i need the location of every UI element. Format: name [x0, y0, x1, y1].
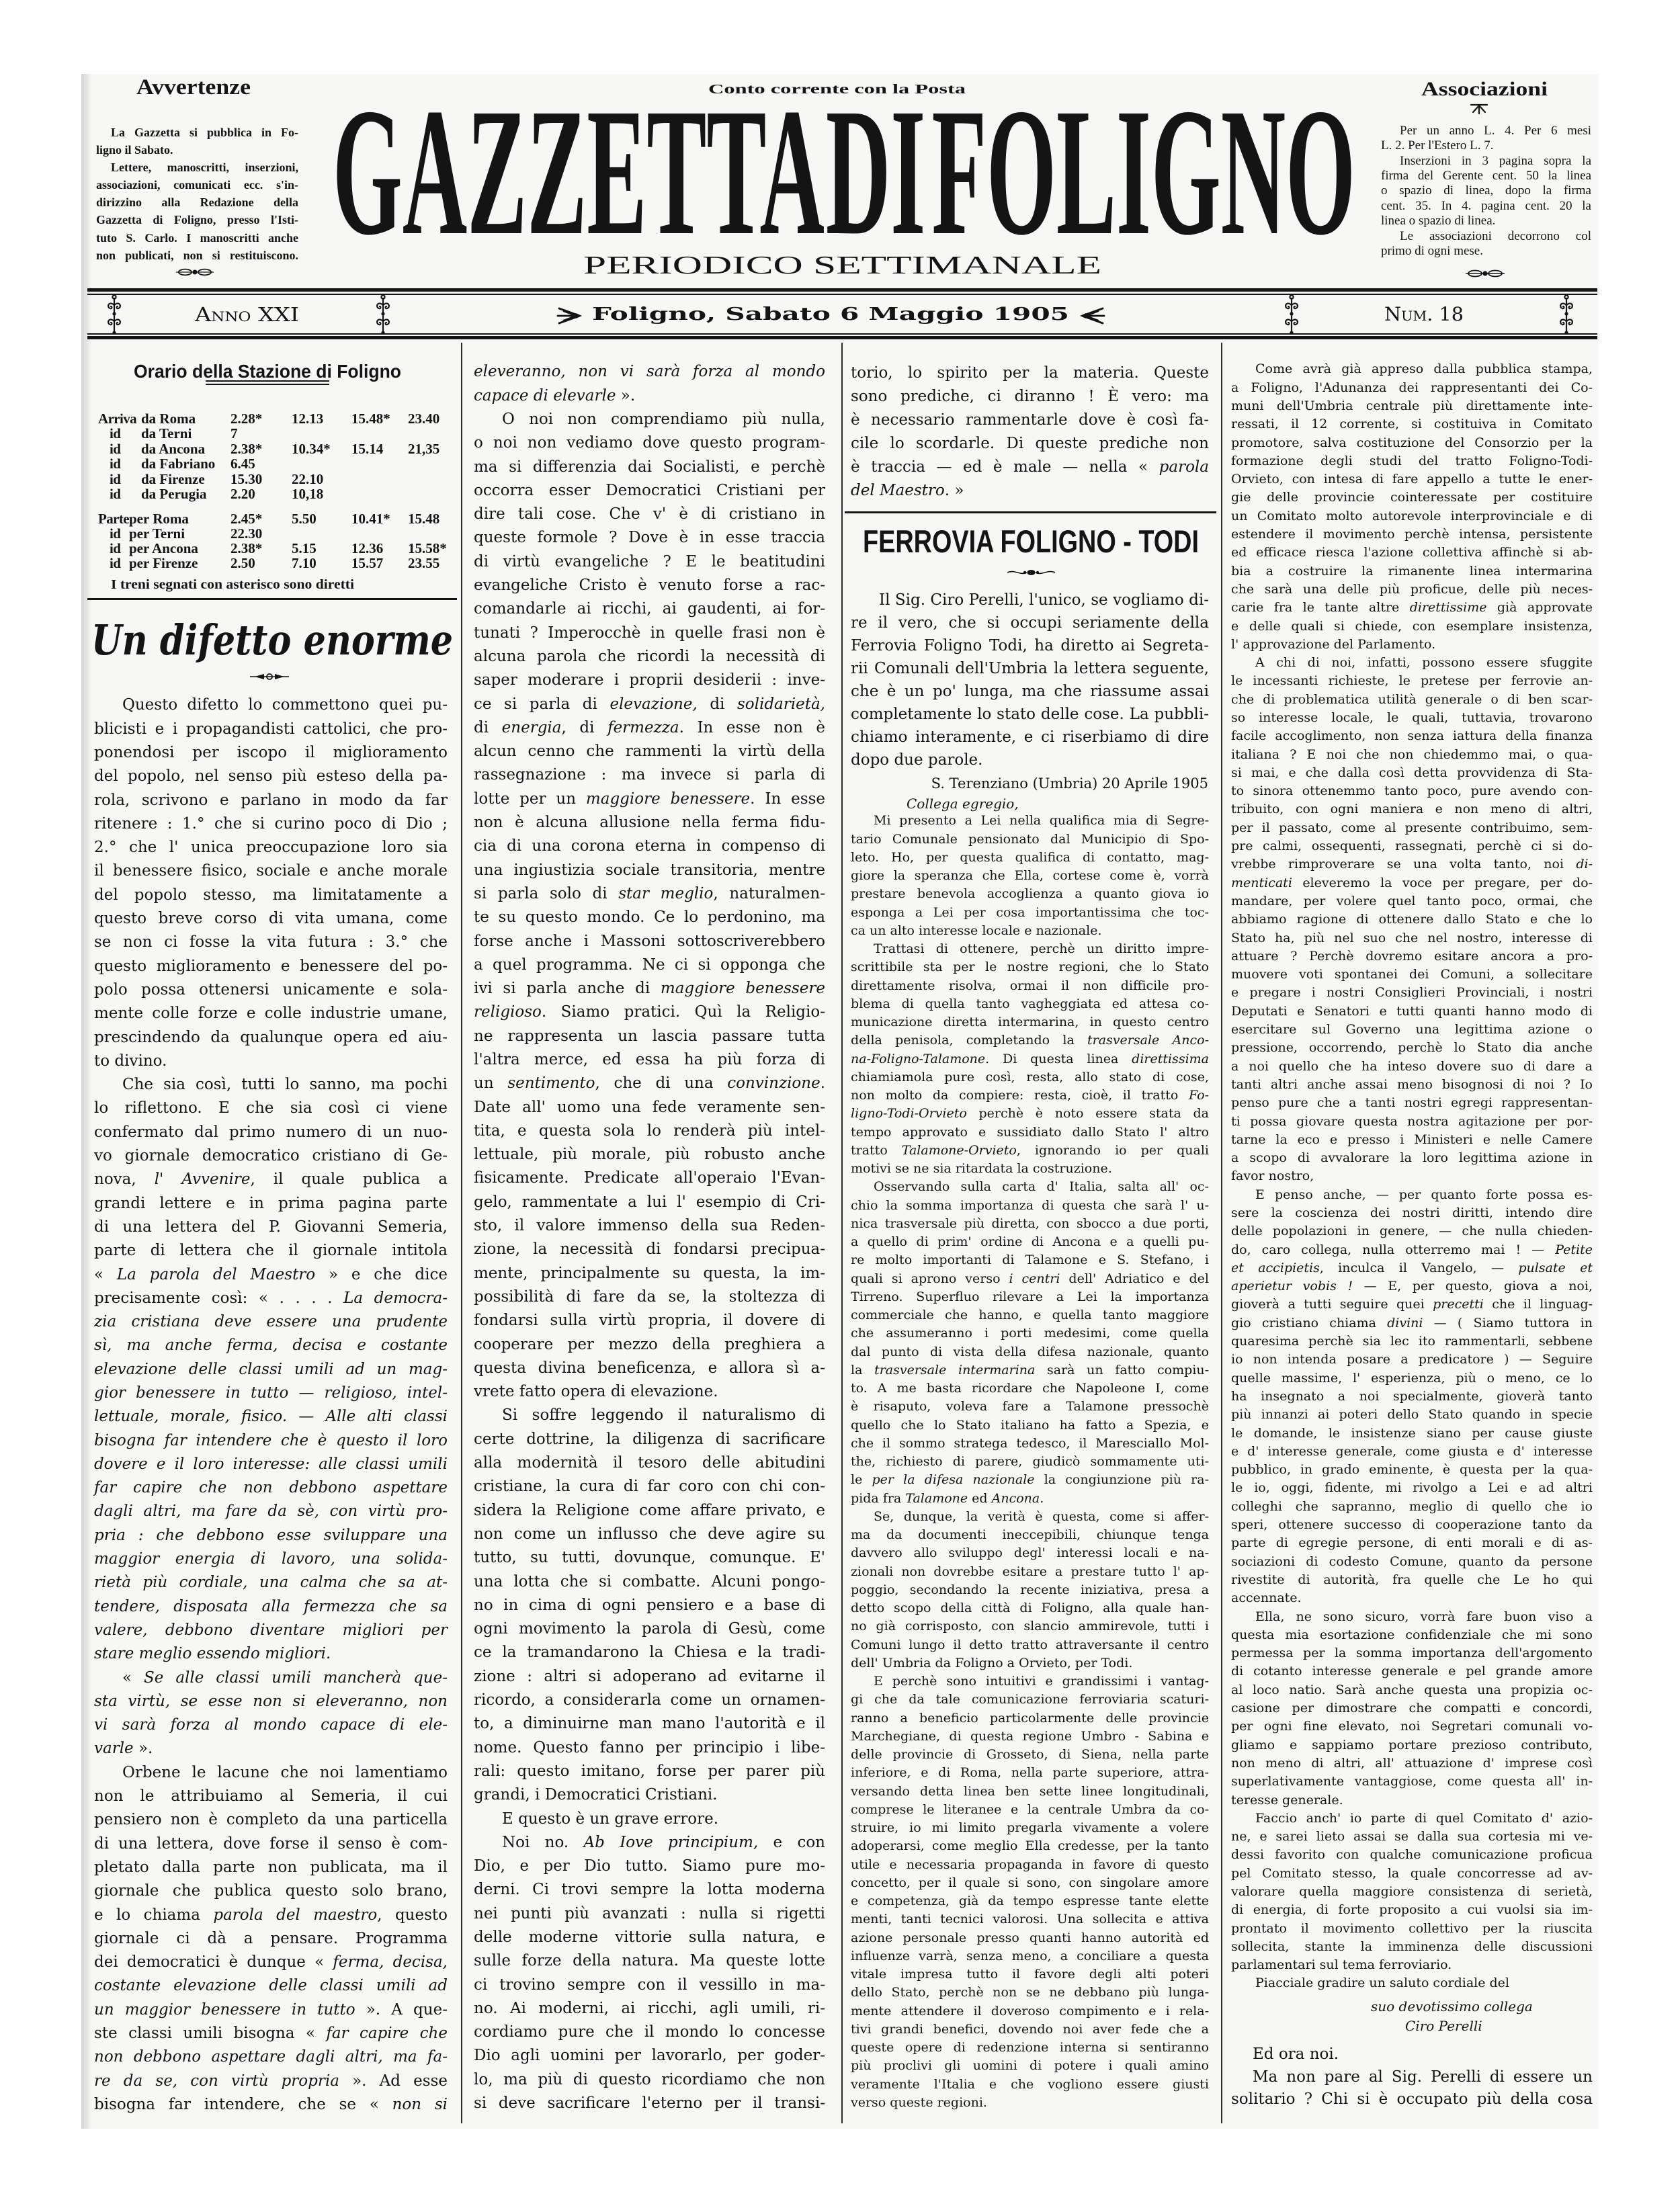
text-line: di cotanto interesse generale e pel gran… — [1231, 1662, 1593, 1681]
text-line: a quello di prim' ordine di Ancona e a q… — [851, 1233, 1209, 1251]
text-line: no in cima di ogni pensiero e a base di — [474, 1594, 825, 1617]
text-line: cia di una corona eterna in compenso di — [474, 835, 825, 858]
article-headline: Un difetto enorme — [91, 620, 520, 661]
timetable-label: id — [110, 526, 120, 542]
text-line: questo miglioramento e benessere del po- — [94, 955, 448, 978]
text-line: Che sia così, tutti lo sanno, ma pochi — [94, 1073, 448, 1097]
letter-place-date-text: S. Terenziano (Umbria) 20 Aprile 1905 — [931, 775, 1208, 792]
text-line: sulle forze della natura. Ma queste lott… — [474, 1949, 825, 1973]
text-line: lo riflettono. E che sia così ci viene — [94, 1097, 448, 1120]
text-line: torio, lo spirito per la materia. Queste — [851, 362, 1209, 385]
text-line: mente, principalmente su questa, la im- — [474, 1262, 825, 1285]
text-line: confermato dal primo numero di un nuo- — [94, 1121, 448, 1144]
issue-number-text: Num. 18 — [1384, 305, 1464, 324]
text-line: attuare ? Perchè dovremo esitare ancora … — [1231, 947, 1593, 966]
text-line: far capire che non debbono aspettare — [94, 1476, 448, 1500]
text-line: La Gazzetta si pubblica in Fo- — [96, 124, 298, 141]
subscriptions-title-text: Associazioni — [1421, 79, 1548, 99]
text-line: gio cristiano chiama divini — ( Siamo tu… — [1231, 1314, 1593, 1332]
text-line: the, richiesto di parere, giudicò sommam… — [851, 1453, 1209, 1471]
text-line: elevazione delle classi umili ad un mag- — [94, 1358, 448, 1382]
text-line: giore la speranza che Ella, cortese come… — [851, 867, 1209, 885]
issue-date-text: Foligno, Sabato 6 Maggio 1905 — [592, 306, 1069, 323]
text-line: davvero allo sviluppo degl' interessi lo… — [851, 1544, 1209, 1562]
text-line: io non intenda posare a predicatore ) — … — [1231, 1351, 1593, 1369]
text-line: a quel programma. Ne ci si opponga che — [474, 953, 825, 977]
text-line: L. 2. Per l'Estero L. 7. — [1381, 138, 1591, 153]
text-line: A chi di noi, infatti, possono essere sf… — [1231, 654, 1593, 672]
text-line: cent. 35. In 4. pagina cent. 20 la — [1381, 199, 1591, 214]
text-line: Per un anno L. 4. Per 6 mesi — [1381, 124, 1591, 138]
text-line: menti, tanti tecnici valorosi. Una solle… — [851, 1910, 1209, 1928]
timetable-time: 2.45* — [230, 511, 262, 527]
text-line: dello Stato, perchè non se ne debbano pi… — [851, 1984, 1209, 2002]
text-line: prontato il movimento collettivo per la … — [1231, 1920, 1593, 1938]
timetable-label: id — [110, 556, 120, 571]
text-line: ponendosi per iscopo il miglioramento — [94, 741, 448, 765]
text-line: influenze varrà, senza meno, a conciliar… — [851, 1947, 1209, 1965]
text-line: no già corrisposto, con slancio ammirevo… — [851, 1617, 1209, 1636]
timetable-time: 2.28* — [230, 411, 262, 427]
text-line: Questo difetto lo commettono quei pu- — [94, 693, 448, 717]
text-line: a scopo di avvalorare la loro legittima … — [1231, 1149, 1593, 1167]
text-line: questo breve corso di vita umana, come — [94, 907, 448, 931]
timetable-label: Arriva — [98, 411, 136, 427]
text-line: blema di quella tanto vagheggiata ed att… — [851, 995, 1209, 1013]
text-line: re molto importanti di Talamone e S. Ste… — [851, 1251, 1209, 1269]
text-line: leto. Ho, per questa qualifica di contat… — [851, 849, 1209, 867]
text-line: e d' interesse generale, come giusta e d… — [1231, 1443, 1593, 1461]
timetable-time: 15.58* — [408, 541, 447, 556]
text-line: vi sarà forza al mondo capace di ele- — [94, 1713, 448, 1737]
timetable-station: per Roma — [129, 511, 189, 527]
text-line: quello che lo Stato italiano ha fatto a … — [851, 1416, 1209, 1435]
text-line: ca un alto interesse locale e nazionale. — [851, 922, 1209, 940]
text-line: Stato ha, più nel suo che nel nostro, in… — [1231, 929, 1593, 947]
text-line: l'altra merce, ed essa ha più forza di — [474, 1048, 825, 1072]
text-line: non debbono aspettare dagli altri, ma fa… — [94, 2045, 448, 2069]
text-line: e competenza, già da tempo espresse tant… — [851, 1892, 1209, 1910]
text-line: Deputati e Senatori e tutti quanti hanno… — [1231, 1003, 1593, 1021]
text-line: fondarsi sulla virtù propria, il dovere … — [474, 1309, 825, 1332]
text-line: evangeliche Cristo è venuto forse a rac- — [474, 574, 825, 597]
text-line: per il passato, come al presente contrib… — [1231, 819, 1593, 837]
text-line: una ingiustizia sociale transitoria, men… — [474, 859, 825, 882]
timetable-label: id — [110, 472, 120, 487]
text-line: nova, l' Avvenire, il quale publica a — [94, 1168, 448, 1191]
text-line: chiamiamola pure così, resta, allo stato… — [851, 1068, 1209, 1087]
text-line: tunati ? Imperocchè in quelle frasi non … — [474, 622, 825, 645]
text-line: ricordo, a considerarla come un ornamen- — [474, 1689, 825, 1712]
text-line: se non ci fosse la vita futura : 3.° che — [94, 931, 448, 954]
text-line: cristiane, la cura di far coro con chi c… — [474, 1475, 825, 1498]
text-line: delle popolazioni in genere, — che nulla… — [1231, 1222, 1593, 1240]
text-line: sto, il valore immenso della sua Reden- — [474, 1214, 825, 1238]
text-line: nei punti più avanzati : nulla si rigett… — [474, 1902, 825, 1926]
text-line: grandi, i Democratici Cristiani. — [474, 1783, 825, 1807]
text-line: poggio, secondando la recente iniziativa… — [851, 1581, 1209, 1599]
text-line: pensiero non è completo da una particell… — [94, 1808, 448, 1832]
timetable-row: idda Fabriano6.45 — [98, 456, 454, 472]
text-line: zia cristiana deve essere una prudente — [94, 1310, 448, 1334]
text-line: motivi se ne sia ritardata la costruzion… — [851, 1160, 1209, 1178]
text-line: Mi presento a Lei nella qualifica mia di… — [851, 812, 1209, 830]
text-line: zione : altri si adoperano ad evitarne i… — [474, 1665, 825, 1689]
timetable-time: 2.38* — [230, 541, 262, 556]
timetable-bottom-rule — [87, 598, 457, 600]
scroll-pillar-ornament-icon — [1283, 294, 1300, 335]
text-line: tutto, su tutti, dovunque, comunque. E' — [474, 1546, 825, 1570]
timetable-title-rule — [206, 384, 329, 385]
text-line: alcuna parola che ricordi la necessità d… — [474, 645, 825, 669]
text-line: menticati eleveremo la voce per pregare,… — [1231, 874, 1593, 892]
text-line: nome. Questo fanno per principio i libe- — [474, 1736, 825, 1760]
text-line: Ma non pare al Sig. Perelli di essere un — [1231, 2066, 1593, 2089]
text-line: prestare benevola accoglienza a quanto g… — [851, 885, 1209, 903]
text-line: parte di egregie persone, di enti morali… — [1231, 1534, 1593, 1552]
text-line: gliamo e sappiamo portare prezioso contr… — [1231, 1736, 1593, 1754]
text-line: penso pure che a tanti nostri egregi rap… — [1231, 1094, 1593, 1112]
subscriptions-body: Per un anno L. 4. Per 6 mesiL. 2. Per l'… — [1381, 124, 1591, 259]
issue-date: Foligno, Sabato 6 Maggio 1905 — [592, 306, 896, 323]
timetable-row: idper Terni22.30 — [98, 526, 454, 542]
text-line: valere, debbono diventare migliori per — [94, 1619, 448, 1642]
text-line: firma del Gerente cent. 50 la linea — [1381, 169, 1591, 183]
ferrovia-afterword: Ed ora noi.Ma non pare al Sig. Perelli d… — [1231, 2043, 1593, 2111]
text-line: scrittibile sta per le nostre regioni, c… — [851, 958, 1209, 976]
text-line: al loco natio. Sarà anche questa una pro… — [1231, 1681, 1593, 1699]
text-line: ritenere : 1.° che si curino poco di Dio… — [94, 812, 448, 836]
text-line: dire tali cose. Che v' è di cristiano in — [474, 503, 825, 526]
text-line: ranno a beneficio particolarmente delle … — [851, 1709, 1209, 1728]
timetable-row: idda Perugia2.2010,18 — [98, 486, 454, 502]
text-line: estendere il movimento perchè intensa, p… — [1231, 525, 1593, 544]
text-line: si parla solo di star meglio, naturalmen… — [474, 882, 825, 906]
timetable-time: 12.13 — [292, 411, 323, 427]
letter-salutation-text: Collega egregio, — [907, 796, 1019, 812]
text-line: valorare quella maggiore consistenza di … — [1231, 1883, 1593, 1901]
text-line: formazione degli studi del tratto Folign… — [1231, 452, 1593, 470]
text-line: ed efficace riesca l'azione collettiva a… — [1231, 544, 1593, 562]
text-line: varle ». — [94, 1737, 448, 1760]
text-line: bisogna far intendere che è questo il lo… — [94, 1429, 448, 1453]
text-line: Ed ora noi. — [1231, 2043, 1593, 2066]
text-line: eleveranno, non vi sarà forza al mondo — [474, 360, 825, 384]
text-line: tario Comunale pensionato dal Municipio … — [851, 831, 1209, 849]
text-line: tarne la eco e presso i Ministeri e nell… — [1231, 1131, 1593, 1149]
text-line: pubblico, in grado eminente, è questa pe… — [1231, 1461, 1593, 1479]
text-line: di energia, di forte proposito a cui vuo… — [1231, 1901, 1593, 1919]
year-label-text: Anno XXI — [195, 305, 299, 325]
text-line: tribuito, con ogni maniera e non meno di… — [1231, 800, 1593, 818]
text-line: teresse generale. — [1231, 1791, 1593, 1810]
text-line: ligno-Todi-Orvieto perchè è noto essere … — [851, 1105, 1209, 1123]
year-label: Anno XXI — [195, 305, 285, 325]
dateline-bottom-thin-rule — [87, 333, 1597, 335]
timetable-label: id — [110, 426, 120, 441]
text-line: le io, oggi, fidente, mi rivolgo a Lei e… — [1231, 1479, 1593, 1497]
text-line: colleghi che sapranno, meglio di quello … — [1231, 1498, 1593, 1516]
text-line: accennate. — [1231, 1589, 1593, 1607]
text-line: un sentimento, che di una convinzione. — [474, 1072, 825, 1095]
text-line: alla modernità il tesoro delle abitudini — [474, 1451, 825, 1475]
asterism-ornament-icon — [1470, 103, 1488, 114]
text-line: possibilità di fare da se, la stoltezza … — [474, 1285, 825, 1309]
fan-ornament-left-icon — [556, 306, 583, 325]
text-line: Tirreno. Superfluo rilevare a Lei la imp… — [851, 1288, 1209, 1306]
text-line: religioso. Siamo pratici. Quì la Religio… — [474, 1001, 825, 1024]
text-line: Marchegiane, di questa regione Umbro - S… — [851, 1728, 1209, 1746]
text-line: Comuni lungo il detto tratto attraversan… — [851, 1636, 1209, 1654]
text-line: comprese le literanee e la centrale Umbr… — [851, 1801, 1209, 1819]
article-difetto-col2: eleveranno, non vi sarà forza al mondoca… — [474, 360, 825, 2115]
dateline-top-rule — [87, 288, 1597, 292]
text-line: dei democratici è dunque « ferma, decisa… — [94, 1951, 448, 1974]
text-line: dirizzino alla Redazione della — [96, 194, 298, 211]
text-line: quali si aprono verso i centri dell' Adr… — [851, 1270, 1209, 1288]
text-line: no. Ai moderni, ai ricchi, agli umili, r… — [474, 1997, 825, 2021]
text-line: ne rappresenta un lascia passare tutta — [474, 1025, 825, 1048]
text-line: che assumeranno i porti medesimi, come q… — [851, 1324, 1209, 1343]
text-line: cooperare per mezzo della preghiera a — [474, 1333, 825, 1357]
text-line: superlativamente vantaggiose, come quest… — [1231, 1773, 1593, 1791]
text-line: ma si differenzia dai Socialisti, e perc… — [474, 456, 825, 479]
text-line: ce la tramandarono la Chiesa e la tradi- — [474, 1641, 825, 1664]
text-line: tempo approvato e sussidiato dallo Stato… — [851, 1123, 1209, 1142]
text-line: completamente lo stato delle cose. La pu… — [851, 703, 1209, 726]
timetable-time: 21,35 — [408, 441, 439, 457]
text-line: ligno il Sabato. — [96, 141, 298, 159]
timetable-note: I treni segnati con asterisco sono diret… — [111, 577, 336, 592]
timetable-time: 7 — [230, 426, 238, 441]
text-line: forse anche i Massoni sottoscriverebbero — [474, 930, 825, 953]
text-line: E questo è un grave errore. — [474, 1808, 825, 1831]
text-line: il benessere fisico, sociale e anche mor… — [94, 859, 448, 883]
text-line: ha insegnato a noi specialmente, gioverà… — [1231, 1388, 1593, 1406]
text-line: Noi no. Ab Iove principium, e con — [474, 1831, 825, 1855]
timetable-row: idda Firenze15.3022.10 — [98, 472, 454, 487]
text-line: saper moderare i proprii desiderii : inv… — [474, 669, 825, 692]
text-line: facile accoglimento, non senza iattura d… — [1231, 727, 1593, 745]
text-line: di una lettera, dove forse il senso è co… — [94, 1832, 448, 1856]
text-line: dal punto di vista della difesa nazional… — [851, 1343, 1209, 1361]
timetable-row: idper Firenze2.507.1015.5723.55 — [98, 556, 454, 571]
masthead-subtitle: PERIODICO SETTIMANALE — [583, 253, 905, 278]
timetable-station: da Roma — [141, 411, 196, 427]
timetable-time: 5.15 — [292, 541, 317, 556]
text-line: Le associazioni decorrono col — [1381, 229, 1591, 244]
text-line: del popolo stesso, ma limitatamente a — [94, 884, 448, 907]
timetable-label: id — [110, 486, 120, 502]
text-line: ogni movimento la parola di Gesù, come — [474, 1617, 825, 1641]
text-line: ma da documenti ineccepibili, chiunque t… — [851, 1526, 1209, 1544]
timetable-time: 22.10 — [292, 472, 323, 487]
text-line: sollecita, stante la imminenza delle dis… — [1231, 1938, 1593, 1956]
text-line: to divino. — [94, 1050, 448, 1073]
timetable-label: id — [110, 441, 120, 457]
text-line: Osservando sulla carta d' Italia, salta … — [851, 1178, 1209, 1196]
text-line: che il sommo stratega tedesco, il Maresc… — [851, 1435, 1209, 1453]
text-line: o noi non vediamo dove questo program- — [474, 431, 825, 455]
text-line: azione personale presso quanti hanno aut… — [851, 1929, 1209, 1947]
timetable-time: 15.30 — [230, 472, 262, 487]
text-line: muovere voti spontanei dei Comuni, a sol… — [1231, 966, 1593, 984]
text-line: re il vero, che si occupi seriamente del… — [851, 611, 1209, 634]
timetable-time: 15.48 — [408, 511, 439, 527]
text-line: cordiamo pure che il mondo lo concesse — [474, 2021, 825, 2044]
text-line: a noi quello che ha inteso dovere suo di… — [1231, 1058, 1593, 1076]
text-line: lo, ma più di questo ricordiamo che non — [474, 2068, 825, 2092]
notice-title: Avvertenze — [136, 77, 242, 99]
text-line: blicisti e i propagandisti cattolici, ch… — [94, 718, 448, 741]
text-line: non meno di altri, all' attuazione d' im… — [1231, 1754, 1593, 1773]
timetable-time: 2.50 — [230, 556, 255, 571]
text-line: precisamente così: « . . . . La democra- — [94, 1287, 448, 1310]
letter-col3: Mi presento a Lei nella qualifica mia di… — [851, 812, 1209, 2112]
masthead-title-text: GAZZETTA DI FOLIGNO — [333, 81, 1355, 263]
notice-title-text: Avvertenze — [136, 77, 251, 99]
text-line: fisicamente. Predicate all'operaio l'Eva… — [474, 1166, 825, 1190]
text-line: ti possa giovare questa nostra agitazion… — [1231, 1113, 1593, 1131]
text-line: del Maestro. » — [851, 479, 1209, 503]
text-line: Ella, ne sono sicuro, vorrà fare buon vi… — [1231, 1608, 1593, 1626]
timetable-station: da Firenze — [141, 472, 205, 487]
text-line: Ferrovia Foligno Todi, ha diretto ai Seg… — [851, 634, 1209, 657]
text-line: ivi si parla anche di maggiore benessere — [474, 977, 825, 1001]
text-line: do, caro collega, nulla otterremo mai ! … — [1231, 1241, 1593, 1259]
text-line: non è alcuna allusione nella ferma fidu- — [474, 811, 825, 835]
text-line: queste formole ? Dove è in esse traccia — [474, 526, 825, 550]
text-line: casione per dimostrare che compatti e co… — [1231, 1699, 1593, 1717]
text-line: rali: questo imitano, forse per parer pi… — [474, 1760, 825, 1783]
text-line: Orbene le lacune che noi lamentiamo — [94, 1761, 448, 1785]
timetable-title-rule — [206, 380, 329, 382]
text-line: le incessanti richieste, le pretese per … — [1231, 672, 1593, 690]
timetable-time: 2.38* — [230, 441, 262, 457]
column-divider — [841, 343, 843, 2123]
text-line: O noi non comprendiamo più nulla, — [474, 408, 825, 431]
text-line: questa divina beneficenza, e allora sì a… — [474, 1357, 825, 1380]
text-line: tivi grandi benefici, dovendo noi aver f… — [851, 2021, 1209, 2039]
scroll-pillar-ornament-icon — [106, 294, 123, 335]
text-line: « Se alle classi umili mancherà que- — [94, 1666, 448, 1690]
text-line: Orvieto, con intesa di fare appello a tu… — [1231, 470, 1593, 489]
letter-col4: Come avrà già appreso dalla pubblica sta… — [1231, 360, 1593, 1992]
text-line: non le attribuiamo al Semeria, il cui — [94, 1785, 448, 1808]
text-line: permessa per la somma importanza dell'ar… — [1231, 1644, 1593, 1662]
text-line: ste classi umili bisogna « far capire ch… — [94, 2022, 448, 2045]
text-line: comandarle ai ricchi, ai gaudenti, ai fo… — [474, 597, 825, 621]
text-line: pletato dalla parte non publicata, ma il — [94, 1856, 448, 1879]
text-line: pressione, occorrendo, perchè lo Stato d… — [1231, 1039, 1593, 1057]
timetable-time: 10.41* — [351, 511, 390, 527]
ferrovia-headline: FERROVIA FOLIGNO - TODI — [863, 525, 1280, 557]
text-line: maggior energia di lavoro, una solida- — [94, 1547, 448, 1571]
text-line: o spazio di linea, dopo la firma — [1381, 183, 1591, 198]
text-line: Come avrà già appreso dalla pubblica sta… — [1231, 360, 1593, 378]
text-line: quaresima perchè sia lec ito rammentarli… — [1231, 1332, 1593, 1351]
subscriptions-title: Associazioni — [1421, 79, 1527, 99]
dateline-top-thin-rule — [87, 294, 1597, 295]
text-line: muni dell'Umbria centrale più direttamen… — [1231, 397, 1593, 415]
scroll-pillar-ornament-icon — [374, 294, 392, 335]
issue-number: Num. 18 — [1384, 305, 1462, 324]
text-line: italiana ? E noi che non chiedemmo mai, … — [1231, 746, 1593, 764]
fleuron-divider-icon — [175, 267, 214, 277]
text-line: non publicati, non si restituiscono. — [96, 247, 298, 264]
dateline-bottom-rule — [87, 336, 1597, 339]
text-line: tuto S. Carlo. I manoscritti anche — [96, 229, 298, 247]
timetable-time: 7.10 — [292, 556, 317, 571]
ferrovia-intro: Il Sig. Ciro Perelli, l'unico, se voglia… — [851, 589, 1209, 771]
text-line: inferiore, e di Roma, nella parte superi… — [851, 1764, 1209, 1782]
text-line: le per la difesa nazionale la congiunzio… — [851, 1471, 1209, 1489]
text-line: mandare, per volere quel tanto poco, orm… — [1231, 892, 1593, 910]
text-line: Dio, e per Dio tutto. Siamo pure mo- — [474, 1855, 825, 1878]
text-line: che di problematica utilità generale o d… — [1231, 691, 1593, 709]
text-line: primo di ogni mese. — [1381, 244, 1591, 259]
text-line: favor nostro, — [1231, 1167, 1593, 1185]
text-line: e delle quali si chiede, con esemplare i… — [1231, 618, 1593, 636]
text-line: lotte per un maggiore benessere. In esse — [474, 788, 825, 811]
text-line: alcun cenno che rammenti la virtù della — [474, 740, 825, 763]
text-line: è risaputo, voleva fare a Talamone press… — [851, 1398, 1209, 1416]
text-line: gie delle provincie cointeressate per co… — [1231, 489, 1593, 507]
column-divider — [1221, 343, 1222, 2123]
text-line: zione, la necessità di fondarsi precipua… — [474, 1238, 825, 1261]
text-line: sere la coscienza dei nostri diritti, in… — [1231, 1204, 1593, 1222]
timetable-station: da Terni — [141, 426, 192, 441]
timetable-station: da Ancona — [141, 441, 205, 457]
timetable-row: Arrivada Roma2.28*12.1315.48*23.40 — [98, 411, 454, 427]
text-line: queste opere di redenzione interna si se… — [851, 2039, 1209, 2057]
text-line: rii Comunali dell'Umbria la lettera segu… — [851, 657, 1209, 680]
text-line: nica trasversale più diretta, con sbocco… — [851, 1215, 1209, 1233]
text-line: to. A me basta ricordare che Napoleone I… — [851, 1380, 1209, 1398]
text-line: direttamente risolva, ormai il non diffi… — [851, 977, 1209, 995]
column-divider — [461, 343, 462, 2123]
text-line: lettuale, morale, fisico. — Alle alti cl… — [94, 1405, 448, 1429]
text-line: vrete fatto opera di elevazione. — [474, 1380, 825, 1404]
text-line: « La parola del Maestro » e che dice — [94, 1263, 448, 1287]
text-line: che è un po' lunga, ma che riassume assa… — [851, 680, 1209, 703]
text-line: chio la somma importanza di questa che s… — [851, 1197, 1209, 1215]
text-line: speri, ottenere successo di cooperazione… — [1231, 1516, 1593, 1534]
text-line: dessi favorito con qualche comunicazione… — [1231, 1846, 1593, 1864]
timetable-time: 5.50 — [292, 511, 317, 527]
text-line: tanti altri anche assai meno bisognosi d… — [1231, 1076, 1593, 1094]
text-line: rietà più cordiale, una calma che sa at- — [94, 1571, 448, 1595]
text-line: vitale impresa tutto il favore degli alt… — [851, 1965, 1209, 1984]
text-line: commerciale che hanno, e quella tanto ma… — [851, 1306, 1209, 1324]
text-line: rivestite di autorità, fra quelle che Le… — [1231, 1571, 1593, 1589]
text-line: na-Foligno-Talamone. Di questa linea dir… — [851, 1050, 1209, 1068]
text-line: non come un influsso che deve agire su — [474, 1523, 825, 1546]
fleuron-divider-icon — [249, 672, 290, 681]
timetable-time: 23.40 — [408, 411, 439, 427]
notice-body: La Gazzetta si pubblica in Fo-ligno il S… — [96, 124, 298, 264]
text-line: vrebbe rimproverare se una volta tanto, … — [1231, 855, 1593, 874]
text-line: solitario ? Chi si è occupato più della … — [1231, 2088, 1593, 2111]
text-line: versando detta linea ben sette linee lon… — [851, 1783, 1209, 1801]
text-line: ci trovino sempre con il vessillo in ma- — [474, 1974, 825, 1997]
text-line: della penisola, completando la trasversa… — [851, 1031, 1209, 1050]
text-line: tita, e questa sola lo renderà più intel… — [474, 1119, 825, 1143]
text-line: occorra esser Democratici Cristiani per — [474, 479, 825, 503]
text-line: pida fra Talamone ed Ancona. — [851, 1490, 1209, 1508]
text-line: delle moderne vittorie sulla natura, e — [474, 1926, 825, 1949]
text-line: gi che da tale comunicazione ferroviaria… — [851, 1691, 1209, 1709]
